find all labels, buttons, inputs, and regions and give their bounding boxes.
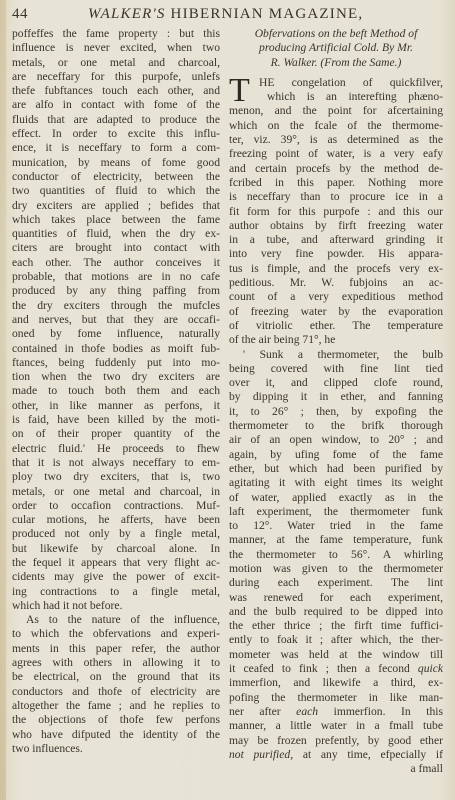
text-line: manner, a little water in a fmall tube bbox=[229, 719, 443, 733]
text-line: As to the nature of the influence, bbox=[12, 613, 220, 627]
text-line: the dry exciters through the mufcles bbox=[12, 299, 220, 313]
text-line: ments in this paper refer, the author bbox=[12, 642, 220, 656]
text-line: ftances, being fuddenly put into mo- bbox=[12, 356, 220, 370]
article-opening: T HE congelation of quickfilver, which i… bbox=[229, 76, 443, 105]
text-line: but likewife by charcoal alone. In bbox=[12, 542, 220, 556]
text-line: tus is fimple, and the procefs very ex- bbox=[229, 262, 443, 276]
text-line: to which the obfervations and experi- bbox=[12, 627, 220, 641]
text-line: agitating it with eight times its weight bbox=[229, 476, 443, 490]
text-line: author obtains by firft freezing water bbox=[229, 219, 443, 233]
text-line: Obfervations on the beft Method of bbox=[229, 27, 443, 41]
article-body: menon, and the point for afcertainingwhi… bbox=[229, 104, 443, 347]
text-line: ter, viz. 39°, is as determined as the bbox=[229, 133, 443, 147]
text-line: of the air being 71°, he bbox=[229, 333, 443, 347]
text-line: is faid, have been killed by the moti- bbox=[12, 413, 220, 427]
text-line: fcribed in this paper. Nothing more bbox=[229, 176, 443, 190]
text-line: electric fluid.' He proceeds to fhew bbox=[12, 442, 220, 456]
text-line: it, to 26° ; then, by expofing the bbox=[229, 405, 443, 419]
text-line: effect. In order to excite this influ- bbox=[12, 127, 220, 141]
text-line: metals, or one metal and charcoal, in bbox=[12, 485, 220, 499]
left-column: poffeffes the fame property : but thisin… bbox=[12, 27, 220, 756]
text-line: being covered with fine lint tied bbox=[229, 362, 443, 376]
italic-phrase: not purified bbox=[229, 748, 290, 761]
text-line: of vitriolic ether. The temperature bbox=[229, 319, 443, 333]
text-line: contained in thofe bodies as moift fub- bbox=[12, 342, 220, 356]
text-span: it ceafed to fink ; then a fecond bbox=[229, 662, 418, 675]
text-line: producing Artificial Cold. By Mr. bbox=[229, 41, 443, 55]
text-line: order to occafion contractions. Muf- bbox=[12, 499, 220, 513]
italic-word: quick bbox=[418, 662, 443, 675]
text-line: ' Sunk a thermometer, the bulb bbox=[229, 348, 443, 362]
text-line: other, in like manner as perfons, it bbox=[12, 399, 220, 413]
text-line: fit form for this purpofe : and this our bbox=[229, 205, 443, 219]
text-line: not purified, at any time, efpecially if bbox=[229, 748, 443, 762]
text-line: over it, and clipped clofe round, bbox=[229, 376, 443, 390]
text-line: altogether the fame ; and he replies to bbox=[12, 699, 220, 713]
text-line: ing contractions to a fingle metal, bbox=[12, 585, 220, 599]
text-line: which on the fcale of the thermome- bbox=[229, 119, 443, 133]
text-line: who have difputed the identity of the bbox=[12, 728, 220, 742]
text-line: on of their proper quantity of the bbox=[12, 427, 220, 441]
text-line: menon, and the point for afcertaining bbox=[229, 104, 443, 118]
text-line: it ceafed to fink ; then a fecond quick bbox=[229, 662, 443, 676]
text-line: which takes place between the fame bbox=[12, 213, 220, 227]
text-line: was renewed for each experiment, bbox=[229, 591, 443, 605]
text-line: and the bulb required to be dipped into bbox=[229, 605, 443, 619]
text-line: agrees with others in allowing it to bbox=[12, 656, 220, 670]
text-line: probable, that motions are in no cafe bbox=[12, 270, 220, 284]
text-line: is neceffary than to procure ice in a bbox=[229, 190, 443, 204]
text-line: dry exciters are applied ; befides that bbox=[12, 199, 220, 213]
drop-cap: T bbox=[229, 76, 250, 106]
text-line: motion was given to the thermometer bbox=[229, 562, 443, 576]
running-title: WALKER'S HIBERNIAN MAGAZINE, bbox=[88, 6, 363, 23]
text-line: quantities of fluid, when the dry ex- bbox=[12, 227, 220, 241]
text-line: ploy two dry exciters, that is, two bbox=[12, 470, 220, 484]
text-line: air of an open window, to 20° ; and bbox=[229, 433, 443, 447]
text-span: immerfion. In this bbox=[318, 705, 443, 718]
text-line: ence, it is neceffary to form a com- bbox=[12, 141, 220, 155]
text-line: cidents may give the power of excit- bbox=[12, 570, 220, 584]
text-span: , at any time, efpecially if bbox=[290, 748, 443, 761]
text-line: influence is never excited, when two bbox=[12, 41, 220, 55]
text-line: produced not only by a fingle metal, bbox=[12, 527, 220, 541]
text-line: HE congelation of quickfilver, bbox=[229, 76, 443, 90]
text-line: the ether thrice ; the firft time fuffic… bbox=[229, 619, 443, 633]
text-line: immerfion, and likewife a third, ex- bbox=[229, 676, 443, 690]
text-line: and nerves, but that they are occafi- bbox=[12, 313, 220, 327]
text-line: count of a very expeditious method bbox=[229, 290, 443, 304]
text-line: into very fine powder. His appara- bbox=[229, 247, 443, 261]
text-line: manner, at the fame temperature, funk bbox=[229, 533, 443, 547]
text-line: produced by any thing paffing from bbox=[12, 284, 220, 298]
catchword: a fmall bbox=[229, 762, 443, 776]
text-line: freezing point of water, is a very eafy bbox=[229, 147, 443, 161]
text-line: two influences. bbox=[12, 742, 220, 756]
text-line: in a tube, and afterward grinding it bbox=[229, 233, 443, 247]
running-title-rest: HIBERNIAN MAGAZINE, bbox=[166, 6, 364, 22]
text-line: ently to foak it ; after which, the ther… bbox=[229, 633, 443, 647]
text-line: poffeffes the fame property : but this bbox=[12, 27, 220, 41]
text-line: be electrical, on the ground that its bbox=[12, 670, 220, 684]
text-line: made to touch both them and each bbox=[12, 384, 220, 398]
text-line: metals, or one metal and charcoal, bbox=[12, 56, 220, 70]
text-line: the fequel it appears that very flight a… bbox=[12, 556, 220, 570]
text-line: and certain procefs by the method de- bbox=[229, 162, 443, 176]
article-title: Obfervations on the beft Method ofproduc… bbox=[229, 27, 443, 70]
text-span: ner after bbox=[229, 705, 296, 718]
text-line: oned by fome influence, naturally bbox=[12, 327, 220, 341]
text-line: may be frozen prefently, by good ether bbox=[229, 734, 443, 748]
text-line: laft experiment, the thermometer funk bbox=[229, 505, 443, 519]
right-column: Obfervations on the beft Method ofproduc… bbox=[229, 27, 443, 776]
text-line: again, by ufing fome of the fame bbox=[229, 448, 443, 462]
text-line: ether, but which had been purified by bbox=[229, 462, 443, 476]
text-line: to 12°. Water tried in the fame bbox=[229, 519, 443, 533]
text-line: during each experiment. The lint bbox=[229, 576, 443, 590]
text-line: ner after each immerfion. In this bbox=[229, 705, 443, 719]
text-line: cular motions, he afferts, have been bbox=[12, 513, 220, 527]
text-line: thermometer to the brifk thorough bbox=[229, 419, 443, 433]
text-line: conductor of electricity, between the bbox=[12, 170, 220, 184]
text-line: are alfo in contact with fome of the bbox=[12, 98, 220, 112]
text-line: thefe fubftances touch each other, and bbox=[12, 84, 220, 98]
page-header: 44 WALKER'S HIBERNIAN MAGAZINE, bbox=[0, 4, 455, 26]
text-line: that it is not always neceffary to em- bbox=[12, 456, 220, 470]
article-quote: ' Sunk a thermometer, the bulbbeing cove… bbox=[229, 348, 443, 663]
text-line: mometer was held at the window till bbox=[229, 648, 443, 662]
text-line: tion when the two dry exciters are bbox=[12, 370, 220, 384]
text-line: R. Walker. (From the Same.) bbox=[229, 56, 443, 70]
page-number: 44 bbox=[12, 6, 28, 23]
text-line: by dipping it in ether, and fanning bbox=[229, 390, 443, 404]
text-line: peditious. Mr. W. fubjoins an ac- bbox=[229, 276, 443, 290]
text-line: pofing the thermometer in like man- bbox=[229, 691, 443, 705]
page-edge-stain bbox=[0, 0, 6, 800]
text-line: citers are brought into contact with bbox=[12, 241, 220, 255]
text-line: which is an interefting phæno- bbox=[229, 90, 443, 104]
text-line: conductors and thofe of electricity are bbox=[12, 685, 220, 699]
running-title-italic: WALKER'S bbox=[88, 6, 166, 22]
text-line: of water, applied exactly as in the bbox=[229, 491, 443, 505]
text-line: are neceffary for this purpofe, unlefs bbox=[12, 70, 220, 84]
text-line: munication, by means of fome good bbox=[12, 156, 220, 170]
text-line: fluids that are adapted to produce the bbox=[12, 113, 220, 127]
text-line: two quantities of fluid to which the bbox=[12, 184, 220, 198]
text-line: the objections of thofe few perfons bbox=[12, 713, 220, 727]
text-line: of freezing water by the evaporation bbox=[229, 305, 443, 319]
text-line: the thermometer to 56°. A whirling bbox=[229, 548, 443, 562]
text-line: each other. The author conceives it bbox=[12, 256, 220, 270]
text-line: which had it not before. bbox=[12, 599, 220, 613]
italic-word: each bbox=[296, 705, 318, 718]
